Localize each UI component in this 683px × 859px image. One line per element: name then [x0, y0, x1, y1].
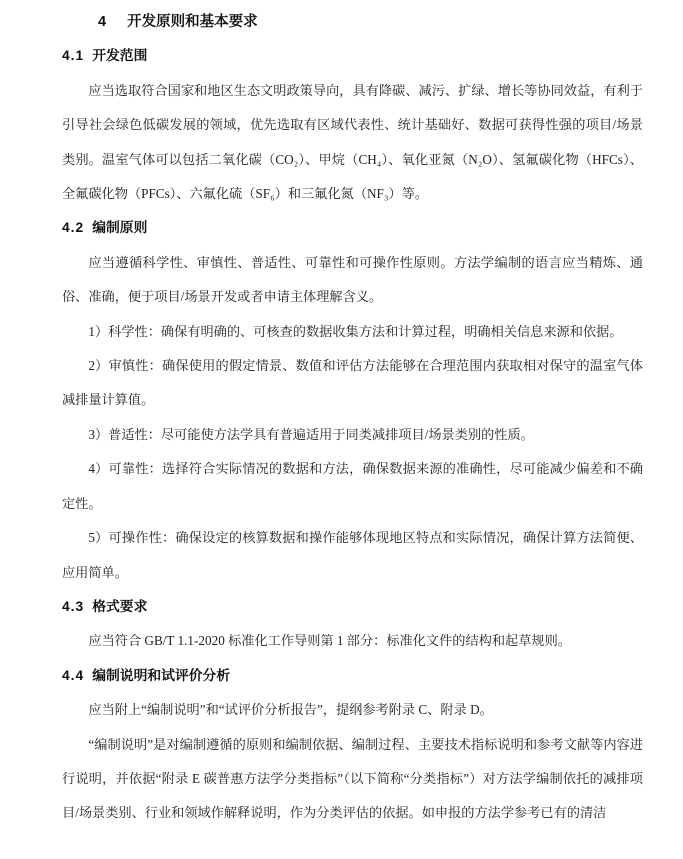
subsection-heading-4-2: 4.2编制原则 [62, 211, 643, 245]
section-title: 开发原则和基本要求 [127, 14, 258, 30]
subsection-title: 编制说明和试评价分析 [92, 668, 230, 683]
subsection-number: 4.2 [62, 211, 84, 245]
subsection-number: 4.3 [62, 590, 84, 624]
document-page: 4开发原则和基本要求 4.1开发范围 应当选取符合国家和地区生态文明政策导向，具… [0, 0, 683, 859]
section-heading: 4开发原则和基本要求 [98, 5, 643, 39]
paragraph-principles-intro: 应当遵循科学性、审慎性、普适性、可靠性和可操作性原则。方法学编制的语言应当精炼、… [62, 246, 643, 315]
subsection-title: 格式要求 [92, 599, 147, 614]
paragraph-principle-3-universality: 3）普适性：尽可能使方法学具有普遍适用于同类减排项目/场景类别的性质。 [62, 418, 643, 452]
paragraph-principle-5-operability: 5）可操作性：确保设定的核算数据和操作能够体现地区特点和实际情况，确保计算方法简… [62, 521, 643, 590]
paragraph-principle-2-prudence: 2）审慎性：确保使用的假定情景、数值和评估方法能够在合理范围内获取相对保守的温室… [62, 349, 643, 418]
paragraph-principle-1-scientific: 1）科学性：确保有明确的、可核查的数据收集方法和计算过程，明确相关信息来源和依据… [62, 315, 643, 349]
section-number: 4 [98, 5, 106, 39]
subsection-heading-4-4: 4.4编制说明和试评价分析 [62, 659, 643, 693]
paragraph-format-requirement: 应当符合 GB/T 1.1-2020 标准化工作导则第 1 部分：标准化文件的结… [62, 624, 643, 658]
subsection-heading-4-1: 4.1开发范围 [62, 39, 643, 73]
paragraph-scope: 应当选取符合国家和地区生态文明政策导向，具有降碳、减污、扩绿、增长等协同效益，有… [62, 74, 643, 212]
paragraph-principle-4-reliability: 4）可靠性：选择符合实际情况的数据和方法，确保数据来源的准确性，尽可能减少偏差和… [62, 452, 643, 521]
subsection-number: 4.4 [62, 659, 84, 693]
paragraph-compilation-notes: “编制说明”是对编制遵循的原则和编制依据、编制过程、主要技术指标说明和参考文献等… [62, 728, 643, 831]
subsection-heading-4-3: 4.3格式要求 [62, 590, 643, 624]
subsection-title: 开发范围 [92, 48, 147, 63]
subsection-title: 编制原则 [92, 220, 147, 235]
subsection-number: 4.1 [62, 39, 84, 73]
paragraph-attachments: 应当附上“编制说明”和“试评价分析报告”，提纲参考附录 C、附录 D。 [62, 693, 643, 727]
